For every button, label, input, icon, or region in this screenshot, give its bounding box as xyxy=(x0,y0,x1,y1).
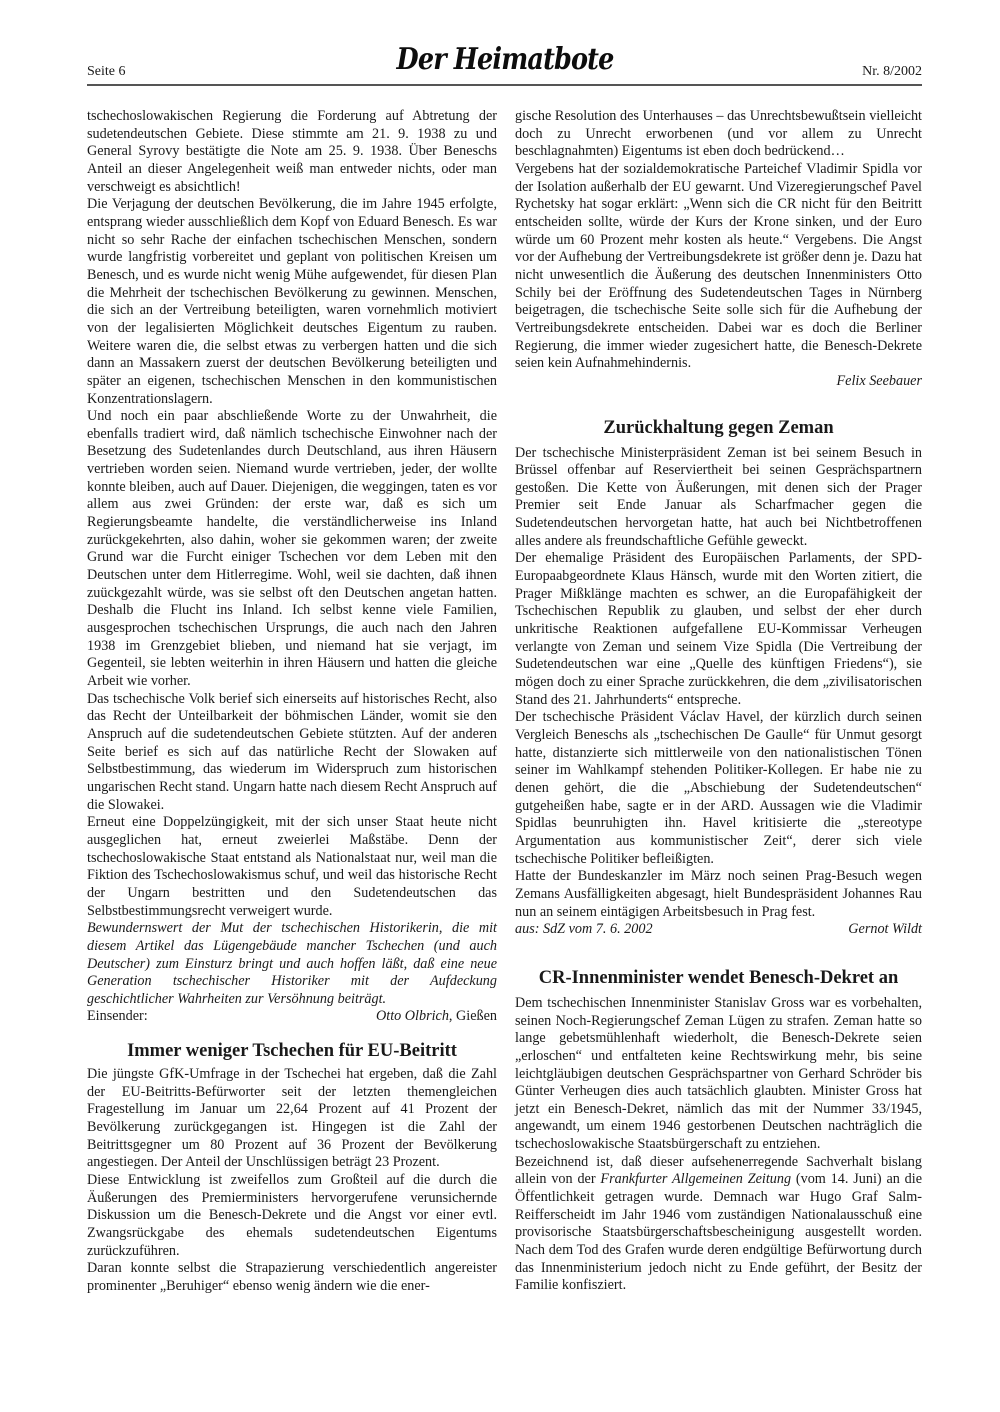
author-name: Felix Seebauer xyxy=(837,373,922,391)
header-rule xyxy=(87,84,922,86)
right-column: gische Resolution des Unterhauses – das … xyxy=(515,108,922,1295)
newspaper-masthead: Der Heimatbote xyxy=(396,42,613,77)
source-line: aus: SdZ vom 7. 6. 2002 Gernot Wildt xyxy=(515,921,922,939)
paragraph: Der tschechische Ministerpräsident Zeman… xyxy=(515,445,922,551)
sender-signature: Otto Olbrich, Gießen xyxy=(376,1008,497,1026)
paragraph: Das tschechische Volk berief sich einers… xyxy=(87,691,497,815)
sender-name: Otto Olbrich xyxy=(376,1008,449,1024)
author-line: Felix Seebauer xyxy=(515,373,922,391)
paragraph: gische Resolution des Unterhauses – das … xyxy=(515,108,922,161)
source-citation: aus: SdZ vom 7. 6. 2002 xyxy=(515,921,653,939)
left-column: tschechoslowakischen Regierung die Forde… xyxy=(87,108,497,1296)
sender-label: Einsender: xyxy=(87,1008,148,1026)
paragraph: Die Verjagung der deutschen Bevölkerung,… xyxy=(87,196,497,408)
paragraph: Der tschechische Präsident Václav Havel,… xyxy=(515,709,922,868)
page-number: Seite 6 xyxy=(87,64,126,80)
headline-zeman: Zurückhaltung gegen Zeman xyxy=(515,417,922,439)
author-name: Gernot Wildt xyxy=(848,921,922,939)
paragraph: Die jüngste GfK-Umfrage in der Tschechei… xyxy=(87,1066,497,1172)
editorial-note: Bewundernswert der Mut der tschechischen… xyxy=(87,920,497,1008)
paragraph: Daran konnte selbst die Strapazierung ve… xyxy=(87,1260,497,1295)
headline-innenminister: CR-Innenminister wendet Benesch-Dekret a… xyxy=(515,967,922,989)
text-run: (vom 14. Juni) an die Öffentlichkeit get… xyxy=(515,1171,922,1293)
newspaper-name: Frankfurter Allgemeinen Zeitung xyxy=(600,1171,791,1187)
paragraph: Vergebens hat der sozialdemokratische Pa… xyxy=(515,161,922,373)
paragraph: Diese Entwicklung ist zweifellos zum Gro… xyxy=(87,1172,497,1260)
paragraph: Hatte der Bundeskanzler im März noch sei… xyxy=(515,868,922,921)
issue-number: Nr. 8/2002 xyxy=(862,64,922,80)
paragraph: Und noch ein paar abschließende Worte zu… xyxy=(87,408,497,691)
headline-eu-beitritt: Immer weniger Tschechen für EU-Beitritt xyxy=(87,1040,497,1062)
sender-place: , Gießen xyxy=(449,1008,497,1024)
paragraph: Erneut eine Doppelzüngigkeit, mit der si… xyxy=(87,814,497,920)
paragraph: Bezeichnend ist, daß dieser aufsehenerre… xyxy=(515,1154,922,1295)
paragraph: Dem tschechischen Innenminister Stanisla… xyxy=(515,995,922,1154)
sender-line: Einsender: Otto Olbrich, Gießen xyxy=(87,1008,497,1026)
page-header: Seite 6 Der Heimatbote Nr. 8/2002 xyxy=(87,48,922,82)
paragraph: tschechoslowakischen Regierung die Forde… xyxy=(87,108,497,196)
paragraph: Der ehemalige Präsident des Europäischen… xyxy=(515,550,922,709)
